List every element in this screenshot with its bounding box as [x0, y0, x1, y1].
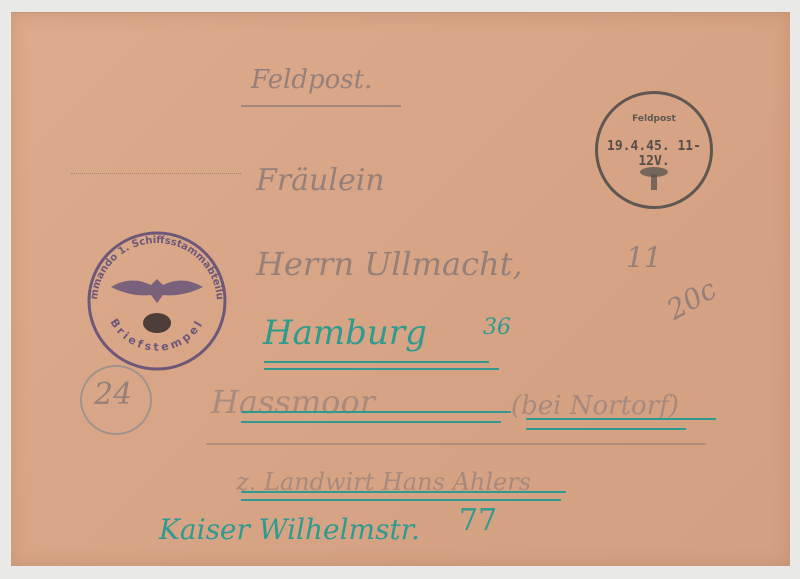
unit-stamp-top-text: Kommando 1. Schiffsstammabteilung: [11, 13, 225, 300]
unit-stamp: Kommando 1. Schiffsstammabteilung Briefs…: [11, 13, 790, 566]
eagle-icon: [111, 279, 203, 333]
feldpost-envelope: Feldpost. Fräulein Herrn Ullmacht, Hambu…: [11, 12, 790, 566]
svg-text:Kommando 1. Schiffsstammabteil: Kommando 1. Schiffsstammabteilung: [11, 13, 225, 300]
